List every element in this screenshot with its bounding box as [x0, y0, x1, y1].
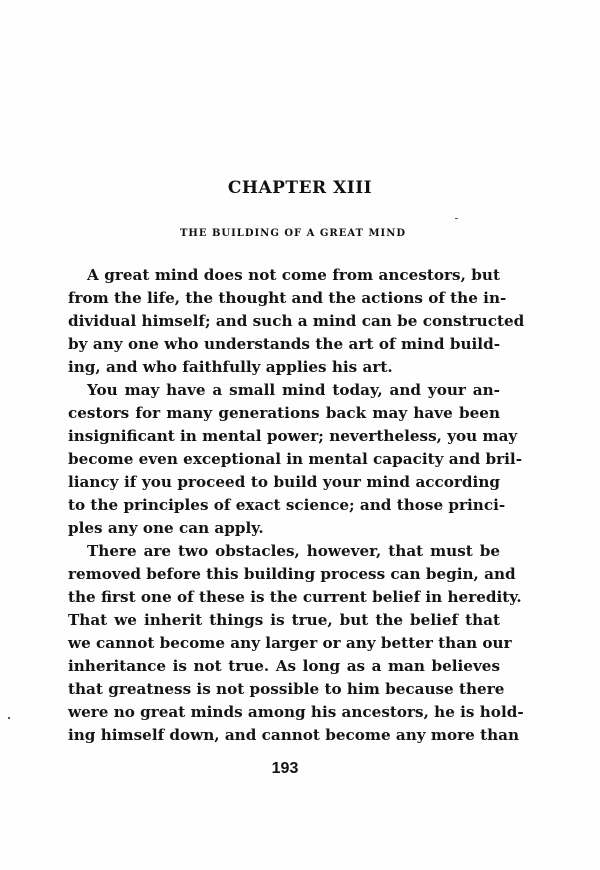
- text-line: That we inherit things is true, but the …: [68, 609, 500, 632]
- paragraph-3: There are two obstacles, however, that m…: [68, 540, 500, 747]
- text-line: insignificant in mental power; neverthel…: [68, 425, 500, 448]
- paragraph-1: A great mind does not come from ancestor…: [68, 264, 500, 379]
- text-line: liancy if you proceed to build your mind…: [68, 471, 500, 494]
- text-line: to the principles of exact science; and …: [68, 494, 500, 517]
- text-line: inheritance is not true. As long as a ma…: [68, 655, 500, 678]
- text-line: that greatness is not possible to him be…: [68, 678, 500, 701]
- chapter-title: CHAPTER XIII: [0, 178, 600, 198]
- text-line: There are two obstacles, however, that m…: [68, 540, 500, 563]
- text-line: the first one of these is the current be…: [68, 586, 500, 609]
- text-line: from the life, the thought and the actio…: [68, 287, 500, 310]
- section-title: THE BUILDING OF A GREAT MIND: [0, 228, 578, 239]
- text-line: by any one who understands the art of mi…: [68, 333, 500, 356]
- text-line: cestors for many generations back may ha…: [68, 402, 500, 425]
- text-line: were no great minds among his ancestors,…: [68, 701, 500, 724]
- scan-speck: [455, 218, 458, 219]
- paragraph-2: You may have a small mind today, and you…: [68, 379, 500, 540]
- body-text: A great mind does not come from ancestor…: [68, 264, 500, 747]
- text-line: ples any one can apply.: [68, 517, 500, 540]
- scan-speck: [8, 717, 10, 719]
- text-line: dividual himself; and such a mind can be…: [68, 310, 500, 333]
- text-line: You may have a small mind today, and you…: [68, 379, 500, 402]
- text-line: A great mind does not come from ancestor…: [68, 264, 500, 287]
- text-line: ing, and who faithfully applies his art.: [68, 356, 500, 379]
- text-line: become even exceptional in mental capaci…: [68, 448, 500, 471]
- text-line: we cannot become any larger or any bette…: [68, 632, 500, 655]
- text-line: ing himself down, and cannot become any …: [68, 724, 500, 747]
- book-page: CHAPTER XIII THE BUILDING OF A GREAT MIN…: [0, 0, 600, 870]
- page-number: 193: [0, 760, 570, 778]
- text-line: removed before this building process can…: [68, 563, 500, 586]
